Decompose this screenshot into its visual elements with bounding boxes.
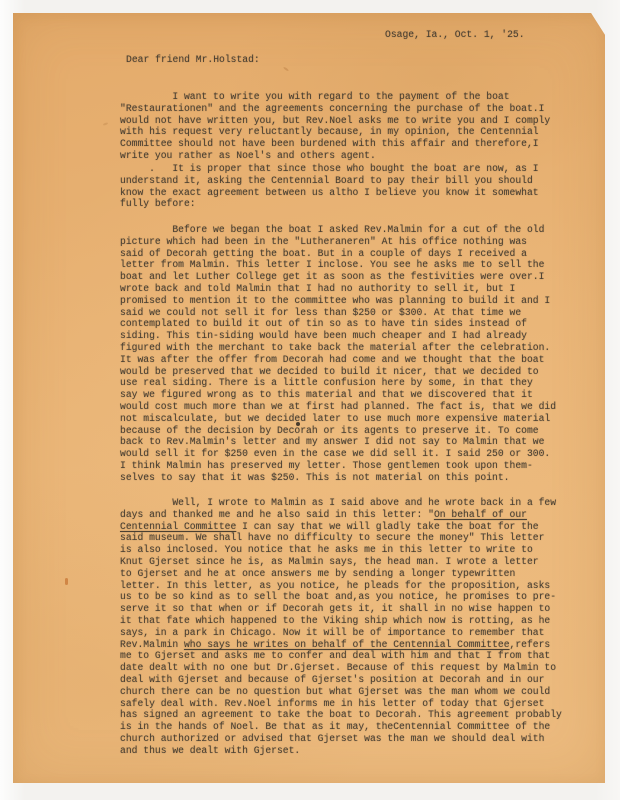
underlined-phrase: who says he writes on behalf of the Cent… [184, 639, 510, 650]
letter-paragraph: Before we began the boat I asked Rev.Mal… [120, 224, 578, 484]
letter-body: I want to write you with regard to the p… [13, 13, 605, 783]
letter-paragraph: . It is proper that since those who boug… [120, 163, 578, 210]
letter-paragraph: I want to write you with regard to the p… [120, 91, 578, 162]
text-segment: I want to write you with regard to the p… [120, 91, 550, 161]
text-segment: Before we began the boat I asked Rev.Mal… [120, 224, 556, 483]
text-segment: I can say that we will gladly take the b… [120, 521, 556, 650]
scan-background: Osage, Ia., Oct. 1, '25. Dear friend Mr.… [0, 0, 620, 800]
letter-paragraph: Well, I wrote to Malmin as I said above … [120, 497, 578, 757]
letter-paper: Osage, Ia., Oct. 1, '25. Dear friend Mr.… [13, 13, 605, 783]
text-segment: . It is proper that since those who boug… [120, 163, 539, 209]
text-segment: ,refers me to Gjerset and asks me to con… [120, 639, 562, 756]
